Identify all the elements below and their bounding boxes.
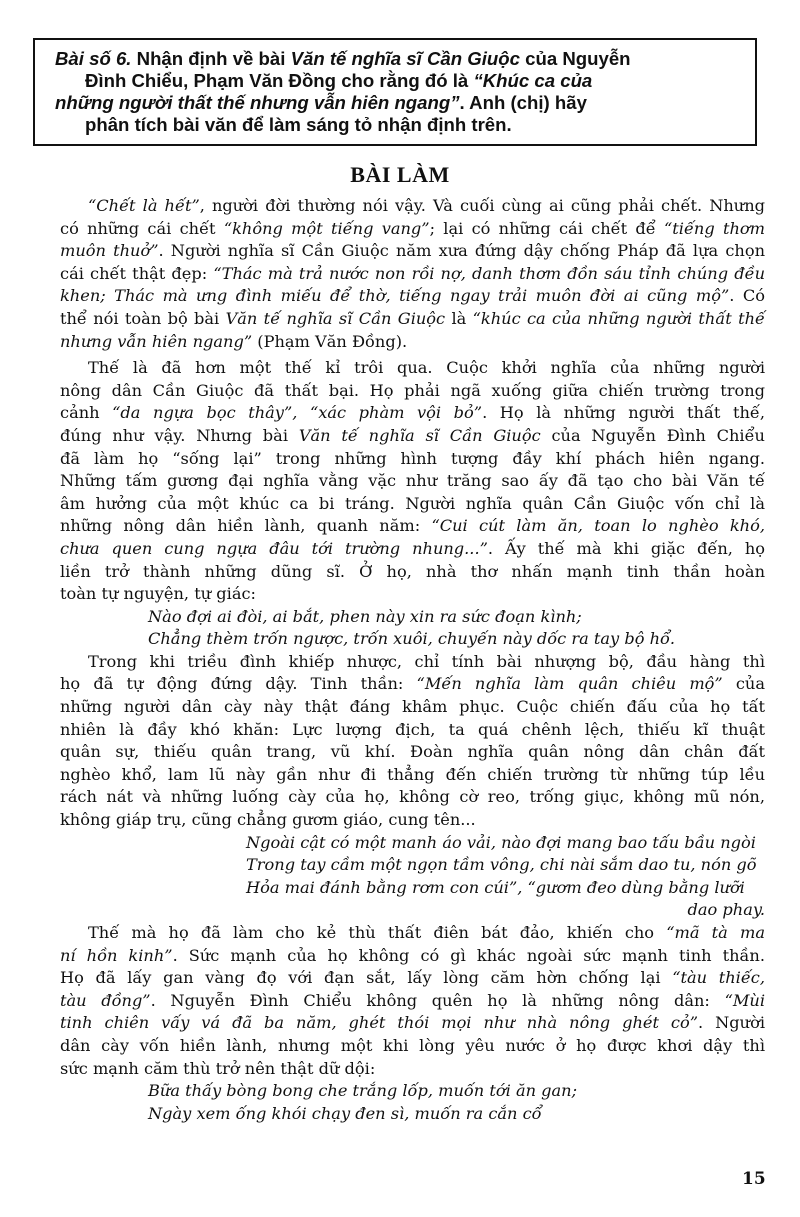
text-line: thể nói toàn bộ bài Văn tế nghĩa sĩ Cần …: [60, 308, 765, 331]
text-line: tinh chiên vấy vá đã ba năm, ghét thói m…: [60, 1012, 765, 1035]
verse-line: Bữa thấy bòng bong che trắng lốp, muốn t…: [60, 1080, 765, 1103]
paragraph: Thế mà họ đã làm cho kẻ thù thất điên bá…: [60, 922, 765, 1080]
exercise-question-box: Bài số 6. Nhận định về bài Văn tế nghĩa …: [33, 38, 757, 146]
section-title: BÀI LÀM: [0, 162, 800, 188]
text-line: liền trở thành những dũng sĩ. Ở họ, nhà …: [60, 561, 765, 584]
text-line: tàu đồng”. Nguyễn Đình Chiểu không quên …: [60, 990, 765, 1013]
text-line: nông dân Cần Giuộc đã thất bại. Họ phải …: [60, 380, 765, 403]
text-line: Thế là đã hơn một thế kỉ trôi qua. Cuộc …: [60, 357, 765, 380]
text-line: nghèo khổ, lam lũ này gần như đi thẳng đ…: [60, 764, 765, 787]
verse-line: Trong tay cầm một ngọn tầm vông, chi nài…: [60, 854, 765, 877]
question-line: phân tích bài văn để làm sáng tỏ nhận đị…: [55, 114, 743, 136]
text-line: Họ đã lấy gan vàng đọ với đạn sắt, lấy l…: [60, 967, 765, 990]
text-line: không giáp trụ, cũng chẳng gươm giáo, cu…: [60, 809, 765, 832]
text-line: muôn thuở”. Người nghĩa sĩ Cần Giuộc năm…: [60, 240, 765, 263]
text-line: toàn tự nguyện, tự giác:: [60, 583, 765, 606]
text-line: khen; Thác mà ưng đình miếu để thờ, tiến…: [60, 285, 765, 308]
text-line: dân cày vốn hiền lành, nhưng một khi lòn…: [60, 1035, 765, 1058]
text-line: cái chết thật đẹp: “Thác mà trả nước non…: [60, 263, 765, 286]
verse-line: dao phay.: [60, 899, 765, 922]
text-line: có những cái chết “không một tiếng vang”…: [60, 218, 765, 241]
text-line: Trong khi triều đình khiếp nhược, chỉ tí…: [60, 651, 765, 674]
text-line: Thế mà họ đã làm cho kẻ thù thất điên bá…: [60, 922, 765, 945]
text-line: nhưng vẫn hiên ngang” (Phạm Văn Đồng).: [60, 331, 765, 354]
page-number: 15: [742, 1169, 766, 1189]
verse-quote: Nào đợi ai đòi, ai bắt, phen này xin ra …: [60, 606, 765, 651]
text-line: những nông dân hiền lành, quanh năm: “Cu…: [60, 515, 765, 538]
text-line: đã làm họ “sống lại” trong những hình tư…: [60, 448, 765, 471]
text-line: Những tấm gương đại nghĩa vằng vặc như t…: [60, 470, 765, 493]
question-line: Bài số 6. Nhận định về bài Văn tế nghĩa …: [55, 48, 743, 70]
text-line: họ đã tự động đứng dậy. Tinh thần: “Mến …: [60, 673, 765, 696]
question-line: Đình Chiểu, Phạm Văn Đồng cho rằng đó là…: [55, 70, 743, 92]
verse-line: Hỏa mai đánh bằng rơm con cúi”, “gươm đe…: [60, 877, 765, 900]
text-line: chưa quen cung ngựa đâu tới trường nhung…: [60, 538, 765, 561]
text-line: ní hồn kinh”. Sức mạnh của họ không có g…: [60, 945, 765, 968]
text-line: những người dân cày này thật đáng khâm p…: [60, 696, 765, 719]
verse-line: Ngoài cật có một manh áo vải, nào đợi ma…: [60, 832, 765, 855]
verse-quote: Ngoài cật có một manh áo vải, nào đợi ma…: [60, 832, 765, 922]
text-line: quân sự, thiếu quân trang, vũ khí. Đoàn …: [60, 741, 765, 764]
text-line: “Chết là hết”, người đời thường nói vậy.…: [60, 195, 765, 218]
question-line: những người thất thế nhưng vẫn hiên ngan…: [55, 92, 743, 114]
book-page: Bài số 6. Nhận định về bài Văn tế nghĩa …: [0, 0, 800, 1217]
verse-quote: Bữa thấy bòng bong che trắng lốp, muốn t…: [60, 1080, 765, 1125]
text-line: rách nát và những luống cày của họ, khôn…: [60, 786, 765, 809]
essay-body: “Chết là hết”, người đời thường nói vậy.…: [60, 195, 765, 1125]
paragraph: Thế là đã hơn một thế kỉ trôi qua. Cuộc …: [60, 357, 765, 606]
verse-line: Nào đợi ai đòi, ai bắt, phen này xin ra …: [60, 606, 765, 629]
verse-line: Ngày xem ống khói chạy đen sì, muốn ra c…: [60, 1103, 765, 1126]
text-line: cảnh “da ngựa bọc thây”, “xác phàm vội b…: [60, 402, 765, 425]
paragraph: “Chết là hết”, người đời thường nói vậy.…: [60, 195, 765, 357]
verse-line: Chẳng thèm trốn ngược, trốn xuôi, chuyến…: [60, 628, 765, 651]
text-line: nhiên là đầy khó khăn: Lực lượng địch, t…: [60, 719, 765, 742]
paragraph: Trong khi triều đình khiếp nhược, chỉ tí…: [60, 651, 765, 832]
text-line: đúng như vậy. Nhưng bài Văn tế nghĩa sĩ …: [60, 425, 765, 448]
text-line: âm hưởng của một khúc ca bi tráng. Người…: [60, 493, 765, 516]
text-line: sức mạnh căm thù trở nên thật dữ dội:: [60, 1058, 765, 1081]
